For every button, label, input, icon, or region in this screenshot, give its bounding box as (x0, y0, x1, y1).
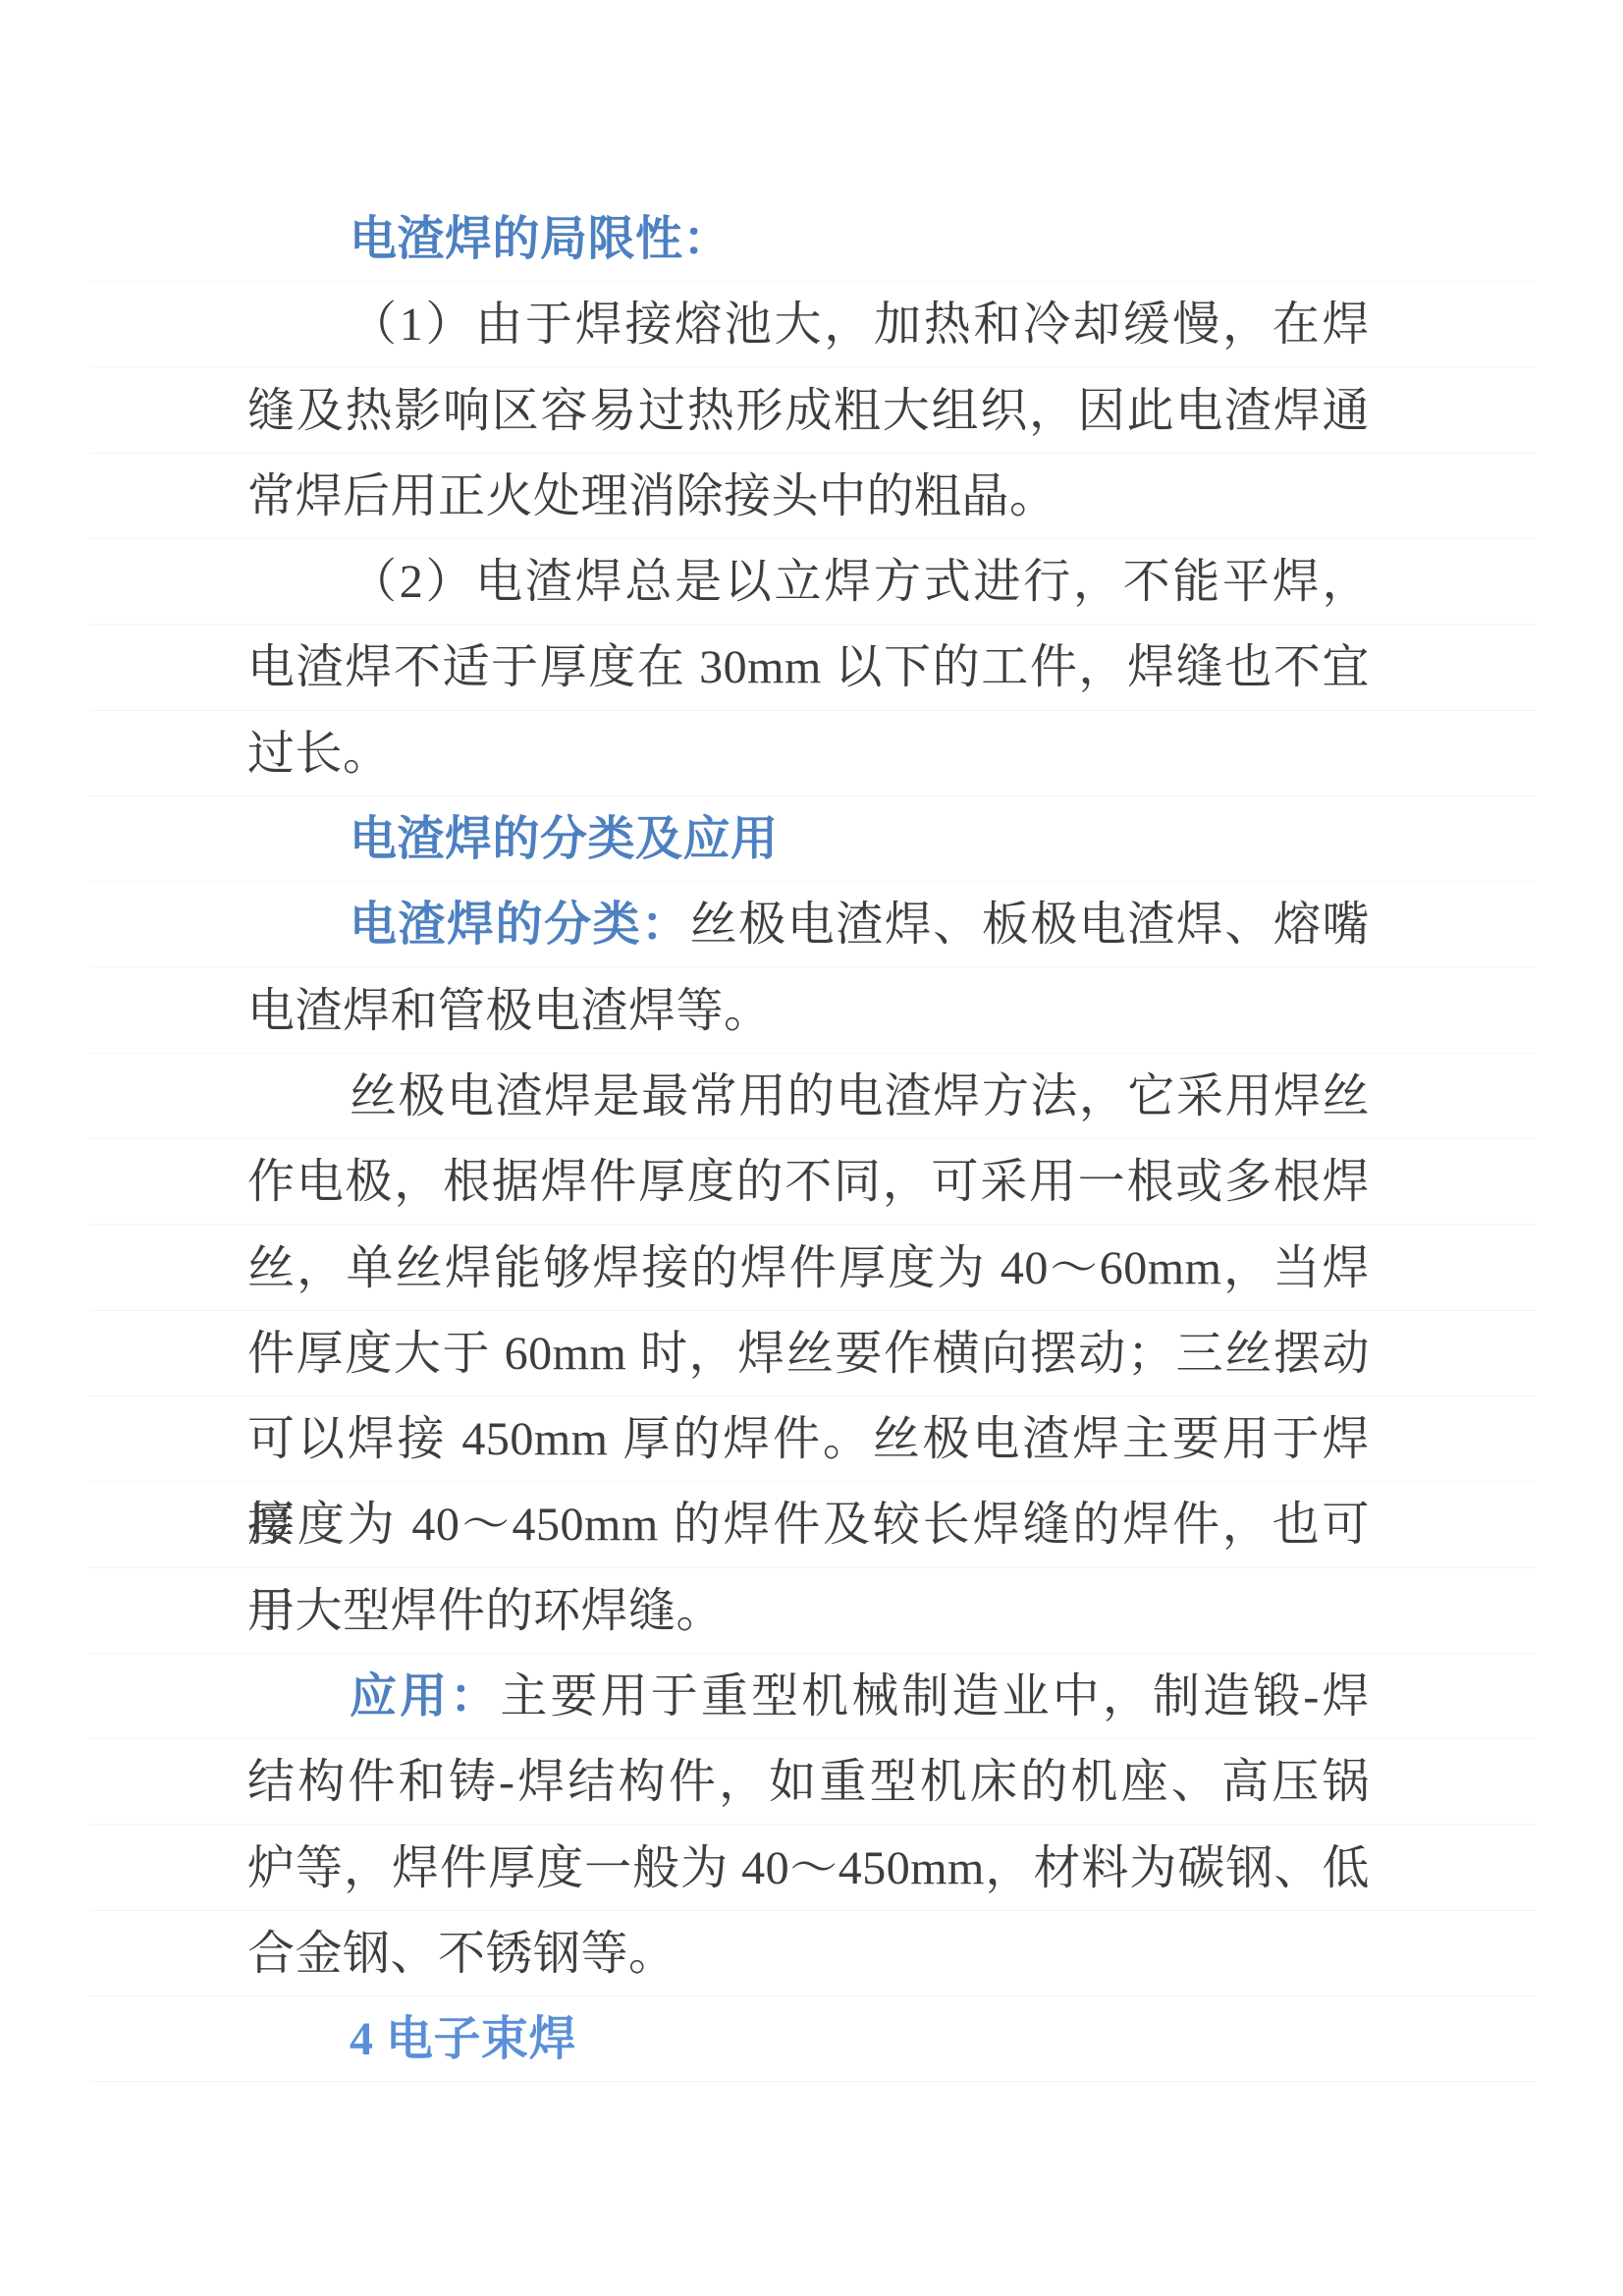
text-line: 常焊后用正火处理消除接头中的粗晶。 (247, 454, 1370, 539)
text-segment: 丝，单丝焊能够焊接的焊件厚度为 40～60mm，当焊 (247, 1242, 1370, 1294)
text-line: 丝，单丝焊能够焊接的焊件厚度为 40～60mm，当焊 (247, 1226, 1370, 1311)
text-line: 厚度为 40～450mm 的焊件及较长焊缝的焊件，也可用 (247, 1482, 1370, 1567)
text-segment: 炉等，焊件厚度一般为 40～450mm，材料为碳钢、低 (247, 1842, 1370, 1894)
text-segment: 于大型焊件的环焊缝。 (247, 1585, 724, 1637)
text-segment: 合金钢、不锈钢等。 (247, 1928, 676, 1980)
text-column: 电渣焊的局限性：（1）由于焊接熔池大，加热和冷却缓慢，在焊缝及热影响区容易过热形… (247, 196, 1370, 2083)
text-segment: 件厚度大于 60mm 时，焊丝要作横向摆动；三丝摆动 (247, 1328, 1370, 1380)
text-line: 电渣焊不适于厚度在 30mm 以下的工件，焊缝也不宜 (247, 625, 1370, 710)
text-segment: 过长。 (247, 728, 391, 780)
text-line: 丝极电渣焊是最常用的电渣焊方法，它采用焊丝 (247, 1054, 1370, 1139)
text-line: 件厚度大于 60mm 时，焊丝要作横向摆动；三丝摆动 (247, 1311, 1370, 1396)
heading-text-segment: 电渣焊的局限性： (350, 213, 730, 265)
text-line: 结构件和铸-焊结构件，如重型机床的机座、高压锅 (247, 1739, 1370, 1825)
text-line: 应用：主要用于重型机械制造业中，制造锻-焊 (247, 1654, 1370, 1739)
text-segment: （2）电渣焊总是以立焊方式进行，不能平焊， (350, 556, 1370, 608)
text-segment: 丝极电渣焊、板极电渣焊、熔嘴 (690, 899, 1370, 951)
text-line: 缝及热影响区容易过热形成粗大组织，因此电渣焊通 (247, 368, 1370, 454)
text-segment: 常焊后用正火处理消除接头中的粗晶。 (247, 470, 1057, 522)
text-segment: 缝及热影响区容易过热形成粗大组织，因此电渣焊通 (247, 385, 1370, 437)
text-line: 炉等，焊件厚度一般为 40～450mm，材料为碳钢、低 (247, 1826, 1370, 1911)
text-line: 于大型焊件的环焊缝。 (247, 1568, 1370, 1654)
document-page: 电渣焊的局限性：（1）由于焊接熔池大，加热和冷却缓慢，在焊缝及热影响区容易过热形… (0, 0, 1623, 2296)
text-segment: （1）由于焊接熔池大，加热和冷却缓慢，在焊 (350, 299, 1370, 351)
text-line: 4 电子束焊 (247, 1996, 1370, 2082)
text-line: 作电极，根据焊件厚度的不同，可采用一根或多根焊 (247, 1139, 1370, 1225)
text-segment: 电渣焊和管极电渣焊等。 (247, 985, 772, 1037)
text-segment: 电渣焊不适于厚度在 30mm 以下的工件，焊缝也不宜 (247, 641, 1370, 693)
text-segment: 主要用于重型机械制造业中，制造锻-焊 (500, 1670, 1370, 1722)
heading-text-segment: 电渣焊的分类及应用 (350, 813, 779, 865)
text-line: 电渣焊的局限性： (247, 196, 1370, 282)
heading-text-segment: 应用： (350, 1670, 500, 1722)
text-line: 过长。 (247, 711, 1370, 796)
text-line: （1）由于焊接熔池大，加热和冷却缓慢，在焊 (247, 282, 1370, 367)
text-line: 可以焊接 450mm 厚的焊件。丝极电渣焊主要用于焊接 (247, 1396, 1370, 1482)
heading-text-segment: 电渣焊的分类： (350, 899, 690, 951)
text-segment: 结构件和铸-焊结构件，如重型机床的机座、高压锅 (247, 1756, 1370, 1808)
text-line: 电渣焊的分类：丝极电渣焊、板极电渣焊、熔嘴 (247, 882, 1370, 967)
text-segment: 丝极电渣焊是最常用的电渣焊方法，它采用焊丝 (350, 1070, 1370, 1122)
text-line: （2）电渣焊总是以立焊方式进行，不能平焊， (247, 539, 1370, 625)
text-segment: 作电极，根据焊件厚度的不同，可采用一根或多根焊 (247, 1156, 1370, 1208)
heading-text-segment: 4 电子束焊 (350, 2013, 576, 2065)
text-line: 合金钢、不锈钢等。 (247, 1911, 1370, 1996)
text-line: 电渣焊和管极电渣焊等。 (247, 968, 1370, 1054)
text-line: 电渣焊的分类及应用 (247, 796, 1370, 882)
